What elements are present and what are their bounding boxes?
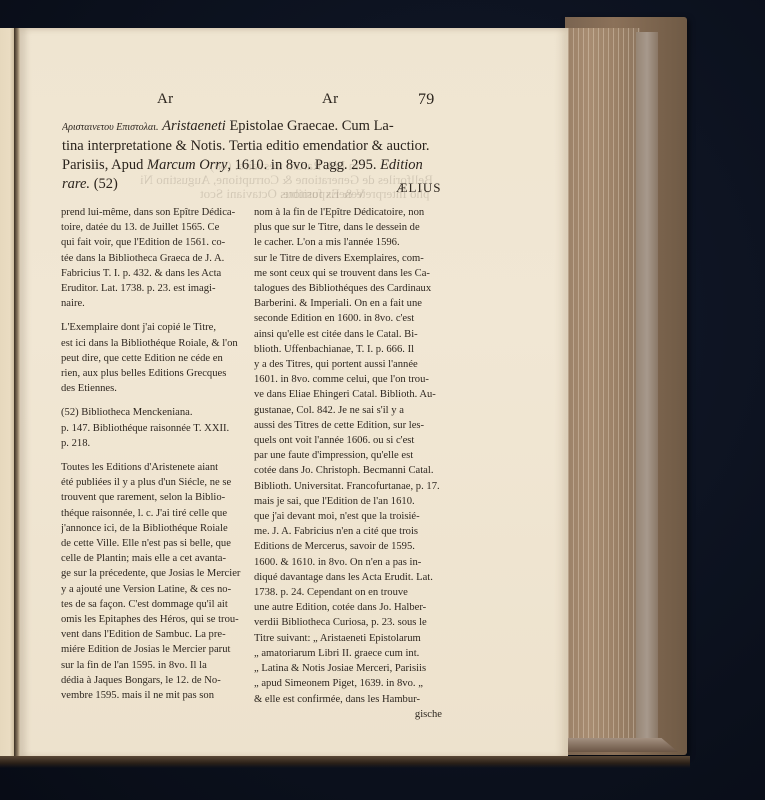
text-line: 1600. & 1610. in 8vo. On n'en a pas in- <box>254 555 442 570</box>
text-line: mais je sai, que l'Edition de l'an 1610. <box>254 494 442 509</box>
text-line: par une faute d'impression, qu'elle est <box>254 448 442 463</box>
catchword: ÆLIUS <box>396 180 441 196</box>
entry-line: rare. (52) <box>62 175 440 194</box>
text-line: „ Latina & Notis Josiae Merceri, Parisii… <box>254 661 442 676</box>
page-block-edge <box>568 28 640 748</box>
catchword-bottom: gische <box>254 707 442 722</box>
text-line: 1738. p. 24. Cependant on en trouve <box>254 585 442 600</box>
bibliographic-entry: Αρισταινετου Επιστολαι. Aristaeneti Epis… <box>62 117 440 194</box>
footnote-line: (52) Bibliotheca Menckeniana. <box>61 405 249 420</box>
book-gutter <box>14 28 20 760</box>
running-head-left: Ar <box>157 91 173 108</box>
text-line: y a ajouté une Version Latine, & ces no- <box>61 582 249 597</box>
text-line: cotée dans Jo. Christoph. Becmanni Catal… <box>254 463 442 478</box>
text-line: miére Edition de Josias le Mercier parut <box>61 642 249 657</box>
page-number: 79 <box>418 91 435 109</box>
text-line: Titre suivant: „ Aristaeneti Epistolarum <box>254 631 442 646</box>
running-head-center: Ar <box>322 91 338 108</box>
text-line: & elle est confirmée, dans les Hambur- <box>254 692 442 707</box>
text-line: ge sur la précedente, que Josias le Merc… <box>61 566 249 581</box>
text-line: Barberini. & Imperiali. On en a fait une <box>254 296 442 311</box>
text-line: toire, datée du 13. de Juillet 1565. Ce <box>61 220 249 235</box>
text-line: que j'ai devant moi, n'est que la troisi… <box>254 509 442 524</box>
text-line: seconde Edition en 1600. in 8vo. c'est <box>254 311 442 326</box>
text-line: trouvent que rarement, selon la Biblio- <box>61 490 249 505</box>
text-line: gustanae, Col. 842. Je ne sai s'il y a <box>254 403 442 418</box>
text-line: vembre 1595. mais il ne mit pas son <box>61 688 249 703</box>
scan-scene: in Fol. Rarum tresvaire. (68) Bellforile… <box>0 0 765 800</box>
text-line: me. J. A. Fabricius n'en a cité que troi… <box>254 524 442 539</box>
text-line: le cacher. L'on a mis l'année 1596. <box>254 235 442 250</box>
text-line: talogues des Bibliothéques des Cardinaux <box>254 281 442 296</box>
text-line: L'Exemplaire dont j'ai copié le Titre, <box>61 320 249 335</box>
text-line: aussi des Titres de cette Edition, sur l… <box>254 418 442 433</box>
page-block-inner-edge <box>636 32 658 742</box>
text-line: qui fait voir, que l'Edition de 1561. co… <box>61 235 249 250</box>
text-line: celle de Plantin; mais elle a cet avanta… <box>61 551 249 566</box>
entry-line: Αρισταινετου Επιστολαι. Aristaeneti Epis… <box>62 117 440 137</box>
text-line: théque raisonnée, l. c. J'ai tiré celle … <box>61 506 249 521</box>
text-line: été publiées il y a plus d'un Siécle, ne… <box>61 475 249 490</box>
text-line: une autre Edition, cotée dans Jo. Halber… <box>254 600 442 615</box>
text-line: Eruditor. Lat. 1738. p. 23. est imagi- <box>61 281 249 296</box>
text-line: sur le Titre de divers Exemplaires, com- <box>254 251 442 266</box>
text-line: Biblioth. Universitat. Francofurtanae, p… <box>254 479 442 494</box>
text-line: plus que sur le Titre, dans le dessein d… <box>254 220 442 235</box>
text-line: de cette Ville. Elle n'est pas si belle,… <box>61 536 249 551</box>
text-line: omis les Epitaphes des Héros, qui se tro… <box>61 612 249 627</box>
text-line: prend lui-même, dans son Epître Dédica- <box>61 205 249 220</box>
text-line: dédia à Jaques Bongars, le 12. de No- <box>61 673 249 688</box>
text-line: „ apud Simeonem Piget, 1639. in 8vo. „ <box>254 676 442 691</box>
text-line: nom à la fin de l'Epître Dédicatoire, no… <box>254 205 442 220</box>
text-line: ve dans Eliae Ehingeri Catal. Biblioth. … <box>254 387 442 402</box>
text-line: rien, aux plus belles Editions Grecques <box>61 366 249 381</box>
binding-shadow <box>0 756 690 768</box>
text-line: 1601. in 8vo. comme celui, que l'on trou… <box>254 372 442 387</box>
text-line: diqué davantage dans les Acta Erudit. La… <box>254 570 442 585</box>
text-line: verdii Bibliotheca Curiosa, p. 23. sous … <box>254 615 442 630</box>
text-line: peut dire, que cette Edition ne céde en <box>61 351 249 366</box>
text-line: Editions de Mercerus, savoir de 1595. <box>254 539 442 554</box>
text-line: blioth. Uffenbachianae, T. I. p. 666. Il <box>254 342 442 357</box>
text-line: j'annonce ici, de la Bibliothéque Roiale <box>61 521 249 536</box>
text-column-left: prend lui-même, dans son Epître Dédica- … <box>61 205 249 703</box>
text-line: tée dans la Bibliotheca Graeca de J. A. <box>61 251 249 266</box>
text-line: tes de sa façon. C'est dommage qu'il ait <box>61 597 249 612</box>
page-block-foot <box>568 738 678 752</box>
text-line: est ici dans la Bibliothéque Roiale, & l… <box>61 336 249 351</box>
text-column-right: nom à la fin de l'Epître Dédicatoire, no… <box>254 205 442 722</box>
text-line: y a des Titres, qui portent aussi l'anné… <box>254 357 442 372</box>
text-line: vent dans l'Edition de Sambuc. La pre- <box>61 627 249 642</box>
footnote-line: p. 218. <box>61 436 249 451</box>
entry-line: Parisiis, Apud Marcum Orry, 1610. in 8vo… <box>62 156 440 175</box>
text-line: sur la fin de l'an 1595. in 8vo. Il la <box>61 658 249 673</box>
text-line: Fabricius T. I. p. 432. & dans les Acta <box>61 266 249 281</box>
footnote-line: p. 147. Bibliothéque raisonnée T. XXII. <box>61 421 249 436</box>
text-line: des Etiennes. <box>61 381 249 396</box>
text-line: naire. <box>61 296 249 311</box>
text-line: me sont ceux qui se trouvent dans les Ca… <box>254 266 442 281</box>
text-line: quels ont voit l'année 1606. ou si c'est <box>254 433 442 448</box>
text-line: „ amatoriarum Libri II. graece cum int. <box>254 646 442 661</box>
text-line: ainsi qu'elle est citée dans le Catal. B… <box>254 327 442 342</box>
entry-line: tina interpretatione & Notis. Tertia edi… <box>62 137 440 156</box>
text-line: Toutes les Editions d'Aristenete aiant <box>61 460 249 475</box>
